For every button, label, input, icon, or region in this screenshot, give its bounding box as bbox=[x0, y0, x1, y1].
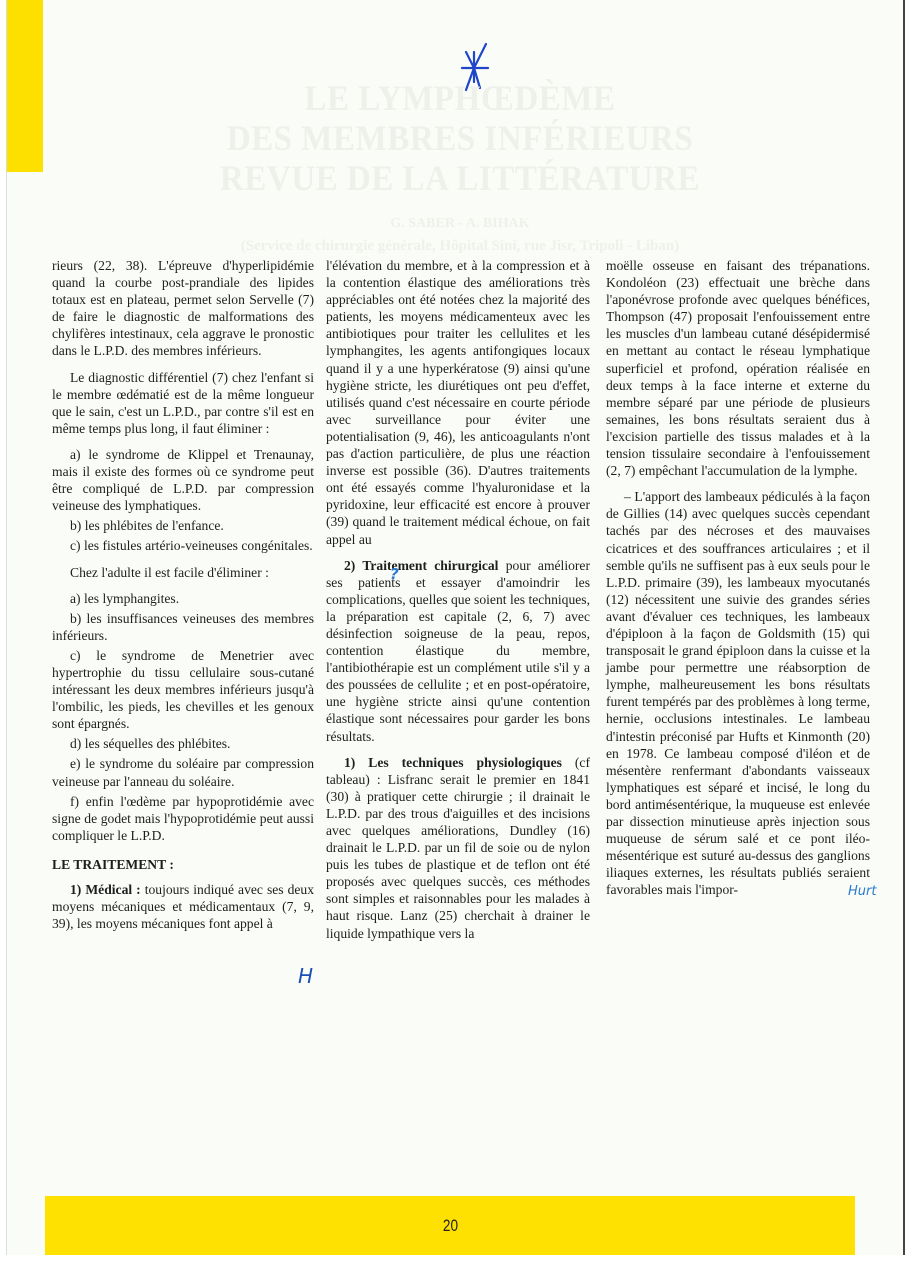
list-item: d) les séquelles des phlébites. bbox=[52, 735, 314, 752]
paragraph: l'élévation du membre, et à la compressi… bbox=[326, 257, 590, 548]
list-item: c) le syndrome de Menetrier avec hypertr… bbox=[52, 647, 314, 732]
paragraph: 1) Médical : toujours indiqué avec ses d… bbox=[52, 881, 314, 932]
list-item: f) enfin l'œdème par hypoprotidémie avec… bbox=[52, 793, 314, 844]
yellow-corner-tab bbox=[7, 0, 43, 172]
article-header: LE LYMPHŒDÈME DES MEMBRES INFÉRIEURS REV… bbox=[60, 78, 860, 255]
column-1: rieurs (22, 38). L'épreuve d'hyperlipidé… bbox=[52, 257, 314, 941]
list-item: a) les lymphangites. bbox=[52, 590, 314, 607]
page-number: 20 bbox=[442, 1216, 457, 1236]
handwritten-inline-mark: ? bbox=[390, 565, 399, 583]
list-item: a) le syndrome de Klippel et Trenaunay, … bbox=[52, 446, 314, 514]
list-item: e) le syndrome du soléaire par compressi… bbox=[52, 755, 314, 789]
footer-band: 20 bbox=[45, 1196, 855, 1255]
affiliation: (Service de chirurgie générale, Hôpital … bbox=[60, 238, 860, 255]
subheading: 1) Les techniques physiologiques bbox=[344, 755, 562, 770]
paragraph: Le diagnostic différentiel (7) chez l'en… bbox=[52, 369, 314, 437]
paragraph: 2) Traitement chirurgical pour améliorer… bbox=[326, 557, 590, 745]
subheading: 2) Traitement chirurgical bbox=[344, 558, 498, 573]
list-item: b) les insuffisances veineuses des membr… bbox=[52, 610, 314, 644]
section-heading: LE TRAITEMENT : bbox=[52, 856, 314, 873]
title-line-1: LE LYMPHŒDÈME bbox=[92, 78, 828, 118]
column-3: moëlle osseuse en faisant des trépanatio… bbox=[606, 257, 870, 907]
list-item: c) les fistules artério-veineuses congén… bbox=[52, 537, 314, 554]
title-line-3: REVUE DE LA LITTÉRATURE bbox=[92, 158, 828, 198]
paragraph: 1) Les techniques physiologiques (cf tab… bbox=[326, 754, 590, 942]
handwritten-margin-note: H bbox=[298, 964, 313, 988]
column-2: l'élévation du membre, et à la compressi… bbox=[326, 257, 590, 951]
paragraph: Chez l'adulte il est facile d'éliminer : bbox=[52, 564, 314, 581]
title-line-2: DES MEMBRES INFÉRIEURS bbox=[92, 118, 828, 158]
authors: G. SABER - A. BIHAK bbox=[60, 216, 860, 232]
paragraph: moëlle osseuse en faisant des trépanatio… bbox=[606, 257, 870, 479]
handwritten-margin-note: Hurt bbox=[848, 884, 876, 899]
paragraph: – L'apport des lambeaux pédiculés à la f… bbox=[606, 488, 870, 898]
paragraph: rieurs (22, 38). L'épreuve d'hyperlipidé… bbox=[52, 257, 314, 360]
subheading: 1) Médical : bbox=[70, 882, 141, 897]
list-item: b) les phlébites de l'enfance. bbox=[52, 517, 314, 534]
